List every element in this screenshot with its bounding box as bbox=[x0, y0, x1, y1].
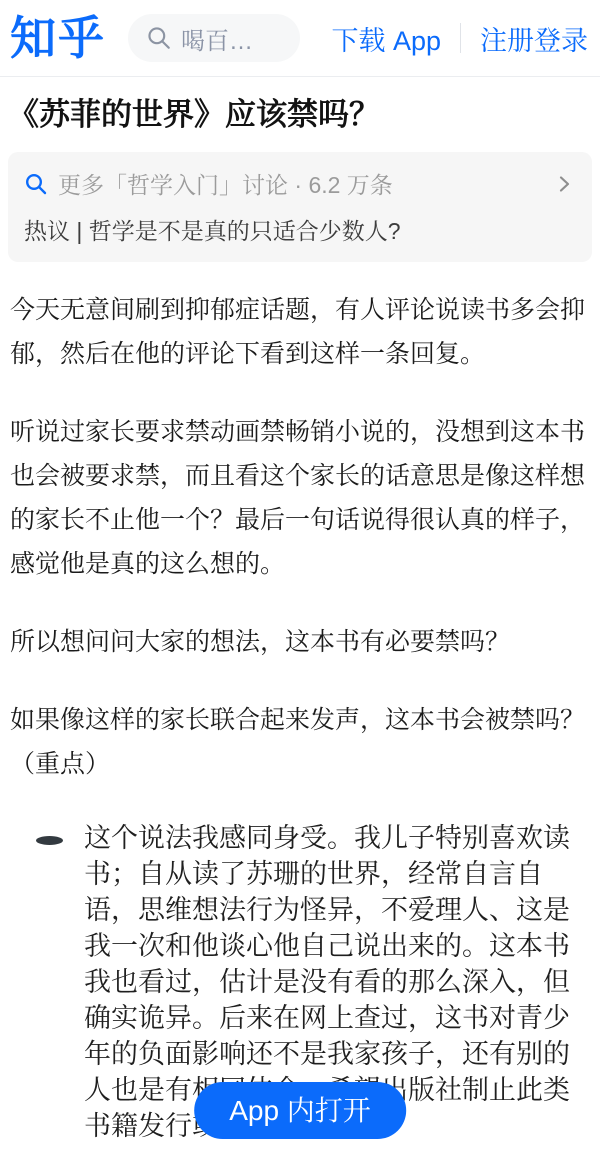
avatar bbox=[36, 836, 63, 845]
hot-topic-label: 热议 | 哲学是不是真的只适合少数人? bbox=[24, 213, 576, 246]
register-login-link[interactable]: 注册登录 bbox=[480, 19, 588, 58]
open-in-app-button[interactable]: App 内打开 bbox=[194, 1082, 406, 1139]
question-detail-paragraph: 听说过家长要求禁动画禁畅销小说的，没想到这本书也会被要求禁，而且看这个家长的话意… bbox=[10, 410, 586, 586]
header-divider bbox=[460, 23, 461, 53]
question-detail: 今天无意间刷到抑郁症话题，有人评论说读书多会抑郁，然后在他的评论下看到这样一条回… bbox=[10, 288, 586, 786]
header: 知乎 喝百… 下载 App 注册登录 bbox=[0, 0, 600, 77]
topic-more-label: 更多「哲学入门」讨论 · 6.2 万条 bbox=[58, 167, 552, 200]
topic-card-more-row[interactable]: 更多「哲学入门」讨论 · 6.2 万条 bbox=[24, 167, 576, 200]
question-detail-paragraph: 如果像这样的家长联合起来发声，这本书会被禁吗？（重点） bbox=[10, 698, 586, 786]
zhihu-logo[interactable]: 知乎 bbox=[10, 15, 106, 61]
question-detail-paragraph: 今天无意间刷到抑郁症话题，有人评论说读书多会抑郁，然后在他的评论下看到这样一条回… bbox=[10, 288, 586, 376]
search-input[interactable]: 喝百… bbox=[128, 14, 300, 62]
search-icon bbox=[24, 172, 48, 196]
question-title: 《苏菲的世界》应该禁吗？ bbox=[8, 93, 590, 136]
search-placeholder: 喝百… bbox=[181, 21, 253, 56]
chevron-right-icon bbox=[552, 172, 576, 196]
search-icon bbox=[146, 25, 172, 51]
topic-discussion-card[interactable]: 更多「哲学入门」讨论 · 6.2 万条 热议 | 哲学是不是真的只适合少数人? bbox=[8, 152, 592, 262]
question-detail-paragraph: 所以想问问大家的想法，这本书有必要禁吗？ bbox=[10, 620, 586, 664]
header-links: 下载 App 注册登录 bbox=[331, 19, 588, 58]
download-app-link[interactable]: 下载 App bbox=[331, 19, 441, 58]
